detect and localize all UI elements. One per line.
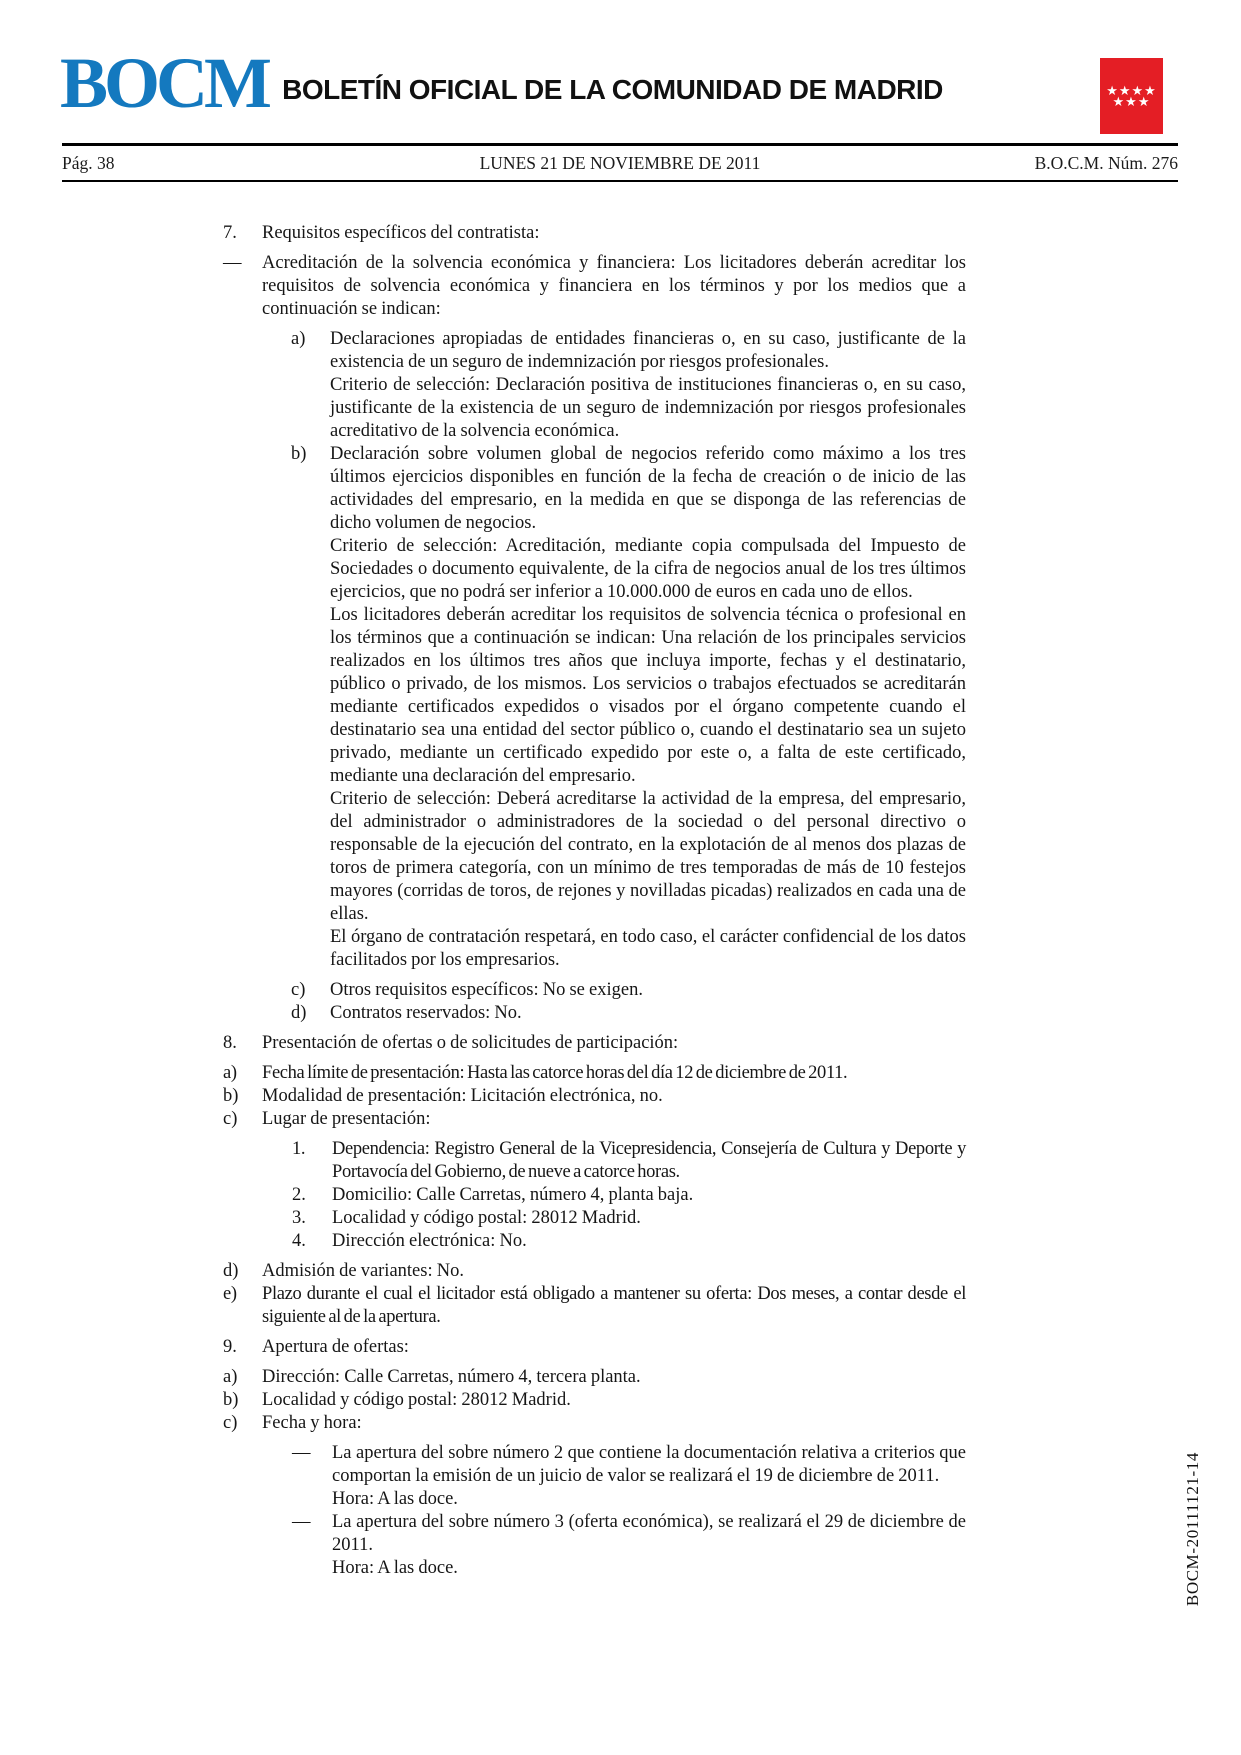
document-code: BOCM-20111121-14 xyxy=(1183,1452,1203,1606)
list-item-text: Lugar de presentación: xyxy=(262,1109,431,1129)
list-item: a) Dirección: Calle Carretas, número 4, … xyxy=(218,1366,966,1389)
list-item-text: Dirección electrónica: No. xyxy=(332,1231,527,1251)
gazette-page: BOCM BOLETÍN OFICIAL DE LA COMUNIDAD DE … xyxy=(0,0,1241,1755)
list-marker: d) xyxy=(291,1002,306,1025)
list-item-text: La apertura del sobre número 3 (oferta e… xyxy=(332,1512,966,1555)
list-item-text: Criterio de selección: Declaración posit… xyxy=(330,375,966,441)
list-item-text: Contratos reservados: No. xyxy=(330,1003,522,1023)
list-marker: e) xyxy=(223,1283,237,1306)
list-item: Hora: A las doce. xyxy=(218,1557,966,1580)
list-item-text: El órgano de contratación respetará, en … xyxy=(330,927,966,970)
list-item: d) Admisión de variantes: No. xyxy=(218,1260,966,1283)
list-item: 9. Apertura de ofertas: xyxy=(218,1336,966,1359)
list-item: Criterio de selección: Declaración posit… xyxy=(218,374,966,443)
list-item-text: Admisión de variantes: No. xyxy=(262,1261,464,1281)
list-item-text: Apertura de ofertas: xyxy=(262,1337,409,1357)
bocm-logo: BOCM xyxy=(60,47,268,119)
list-item: c) Fecha y hora: xyxy=(218,1412,966,1435)
list-marker: a) xyxy=(223,1062,237,1085)
list-item: 4. Dirección electrónica: No. xyxy=(218,1230,966,1253)
list-item: 3. Localidad y código postal: 28012 Madr… xyxy=(218,1207,966,1230)
list-item: e) Plazo durante el cual el licitador es… xyxy=(218,1283,966,1329)
list-item: — La apertura del sobre número 2 que con… xyxy=(218,1442,966,1488)
list-marker: 2. xyxy=(292,1184,306,1207)
list-item-text: La apertura del sobre número 2 que conti… xyxy=(332,1443,966,1486)
page-number: Pág. 38 xyxy=(62,150,115,176)
list-item: a) Declaraciones apropiadas de entidades… xyxy=(218,328,966,374)
list-marker: b) xyxy=(291,443,306,466)
list-item: Los licitadores deberán acreditar los re… xyxy=(218,604,966,788)
list-item: c) Lugar de presentación: xyxy=(218,1108,966,1131)
list-marker: a) xyxy=(291,328,305,351)
list-marker: a) xyxy=(223,1366,237,1389)
list-item-text: Requisitos específicos del contratista: xyxy=(262,223,539,243)
list-marker: 4. xyxy=(292,1230,306,1253)
list-marker: 8. xyxy=(223,1032,237,1055)
list-marker: b) xyxy=(223,1389,238,1412)
list-item-text: Acreditación de la solvencia económica y… xyxy=(262,253,966,319)
list-marker: — xyxy=(292,1511,311,1534)
list-item: Hora: A las doce. xyxy=(218,1488,966,1511)
list-item-text: Criterio de selección: Deberá acreditars… xyxy=(330,789,966,924)
header-rule-bottom xyxy=(62,180,1178,182)
list-item: — Acreditación de la solvencia económica… xyxy=(218,252,966,321)
list-item-text: Fecha y hora: xyxy=(262,1413,362,1433)
list-item-text: Fecha límite de presentación: Hasta las … xyxy=(262,1063,847,1083)
list-item-text: Modalidad de presentación: Licitación el… xyxy=(262,1086,663,1106)
list-item: 1. Dependencia: Registro General de la V… xyxy=(218,1138,966,1184)
issue-number: B.O.C.M. Núm. 276 xyxy=(1035,150,1178,176)
list-item-text: Dependencia: Registro General de la Vice… xyxy=(332,1139,966,1182)
list-item-text: Los licitadores deberán acreditar los re… xyxy=(330,605,966,786)
list-item: Criterio de selección: Acreditación, med… xyxy=(218,535,966,604)
list-item-text: Localidad y código postal: 28012 Madrid. xyxy=(262,1390,571,1410)
list-item: — La apertura del sobre número 3 (oferta… xyxy=(218,1511,966,1557)
page-title: BOLETÍN OFICIAL DE LA COMUNIDAD DE MADRI… xyxy=(240,74,985,106)
list-marker: c) xyxy=(223,1412,237,1435)
list-marker: c) xyxy=(291,979,305,1002)
list-item-text: Declaraciones apropiadas de entidades fi… xyxy=(330,329,966,372)
list-item-text: Presentación de ofertas o de solicitudes… xyxy=(262,1033,678,1053)
list-marker: 9. xyxy=(223,1336,237,1359)
list-item: 7. Requisitos específicos del contratist… xyxy=(218,222,966,245)
list-item-text: Hora: A las doce. xyxy=(332,1489,458,1509)
list-item: Criterio de selección: Deberá acreditars… xyxy=(218,788,966,926)
list-marker: 1. xyxy=(292,1138,305,1161)
list-marker: 7. xyxy=(223,222,237,245)
list-item-text: Otros requisitos específicos: No se exig… xyxy=(330,980,643,1000)
header-rule-top xyxy=(62,143,1178,146)
list-item: d) Contratos reservados: No. xyxy=(218,1002,966,1025)
list-item: a) Fecha límite de presentación: Hasta l… xyxy=(218,1062,966,1085)
list-marker: 3. xyxy=(292,1207,306,1230)
list-item: b) Localidad y código postal: 28012 Madr… xyxy=(218,1389,966,1412)
meta-row: Pág. 38 LUNES 21 DE NOVIEMBRE DE 2011 B.… xyxy=(62,150,1178,176)
list-item: b) Declaración sobre volumen global de n… xyxy=(218,443,966,535)
list-item: b) Modalidad de presentación: Licitación… xyxy=(218,1085,966,1108)
list-marker: b) xyxy=(223,1085,238,1108)
flag-stars-row2: ★★★ xyxy=(1113,96,1151,107)
madrid-flag-icon: ★★★★ ★★★ xyxy=(1100,58,1163,134)
issue-date: LUNES 21 DE NOVIEMBRE DE 2011 xyxy=(480,150,761,176)
list-item: El órgano de contratación respetará, en … xyxy=(218,926,966,972)
list-marker: — xyxy=(223,252,242,275)
list-item-text: Declaración sobre volumen global de nego… xyxy=(330,444,966,533)
list-item-text: Plazo durante el cual el licitador está … xyxy=(262,1284,966,1327)
list-item: 2. Domicilio: Calle Carretas, número 4, … xyxy=(218,1184,966,1207)
list-item: c) Otros requisitos específicos: No se e… xyxy=(218,979,966,1002)
list-item-text: Hora: A las doce. xyxy=(332,1558,458,1578)
list-item: 8. Presentación de ofertas o de solicitu… xyxy=(218,1032,966,1055)
list-item-text: Dirección: Calle Carretas, número 4, ter… xyxy=(262,1367,641,1387)
document-body: 7. Requisitos específicos del contratist… xyxy=(218,222,966,1580)
list-marker: d) xyxy=(223,1260,238,1283)
list-item-text: Criterio de selección: Acreditación, med… xyxy=(330,536,966,602)
list-item-text: Domicilio: Calle Carretas, número 4, pla… xyxy=(332,1185,693,1205)
list-item-text: Localidad y código postal: 28012 Madrid. xyxy=(332,1208,641,1228)
list-marker: c) xyxy=(223,1108,237,1131)
list-marker: — xyxy=(292,1442,311,1465)
